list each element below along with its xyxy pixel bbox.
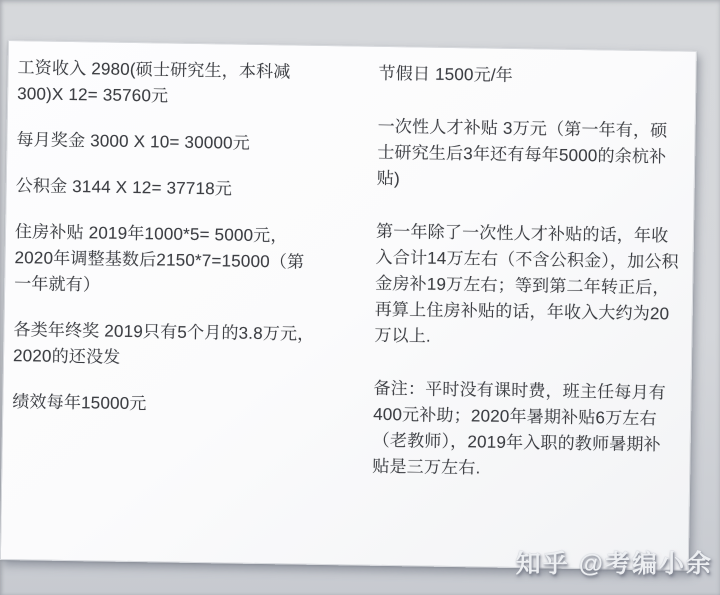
document-page: 工资收入 2980(硕士研究生，本科减300)X 12= 35760元 每月奖金… bbox=[0, 40, 697, 571]
paragraph-first-year-income: 第一年除了一次性人才补贴的话，年收入合计14万左右（不含公积金），加公积金房补1… bbox=[374, 219, 681, 354]
paragraph-housing-fund: 公积金 3144 X 12= 37718元 bbox=[16, 173, 319, 204]
paragraph-holiday-allowance: 节假日 1500元/年 bbox=[378, 61, 683, 92]
paragraph-wage-income: 工资收入 2980(硕士研究生，本科减300)X 12= 35760元 bbox=[17, 55, 321, 112]
two-column-layout: 工资收入 2980(硕士研究生，本科减300)X 12= 35760元 每月奖金… bbox=[2, 41, 696, 512]
column-gap bbox=[314, 60, 379, 507]
paragraph-housing-subsidy: 住房补贴 2019年1000*5= 5000元，2020年调整基数后2150*7… bbox=[14, 219, 318, 302]
right-text-column: 节假日 1500元/年 一次性人才补贴 3万元（第一年有，硕士研究生后3年还有每… bbox=[372, 61, 684, 512]
paragraph-performance-pay: 绩效每年15000元 bbox=[12, 389, 315, 420]
zhihu-watermark: 知乎 @考编小余 bbox=[516, 544, 713, 580]
paragraph-remarks: 备注：平时没有课时费，班主任每月有400元补助；2020年暑期补贴6万左右（老教… bbox=[372, 376, 679, 485]
paragraph-talent-subsidy: 一次性人才补贴 3万元（第一年有，硕士研究生后3年还有每年5000的余杭补贴) bbox=[377, 114, 683, 197]
photo-background: 工资收入 2980(硕士研究生，本科减300)X 12= 35760元 每月奖金… bbox=[0, 0, 720, 595]
left-text-column: 工资收入 2980(硕士研究生，本科减300)X 12= 35760元 每月奖金… bbox=[11, 55, 321, 506]
paragraph-monthly-bonus: 每月奖金 3000 X 10= 30000元 bbox=[16, 127, 319, 158]
paragraph-year-end-bonus: 各类年终奖 2019只有5个月的3.8万元，2020的还没发 bbox=[13, 317, 317, 374]
